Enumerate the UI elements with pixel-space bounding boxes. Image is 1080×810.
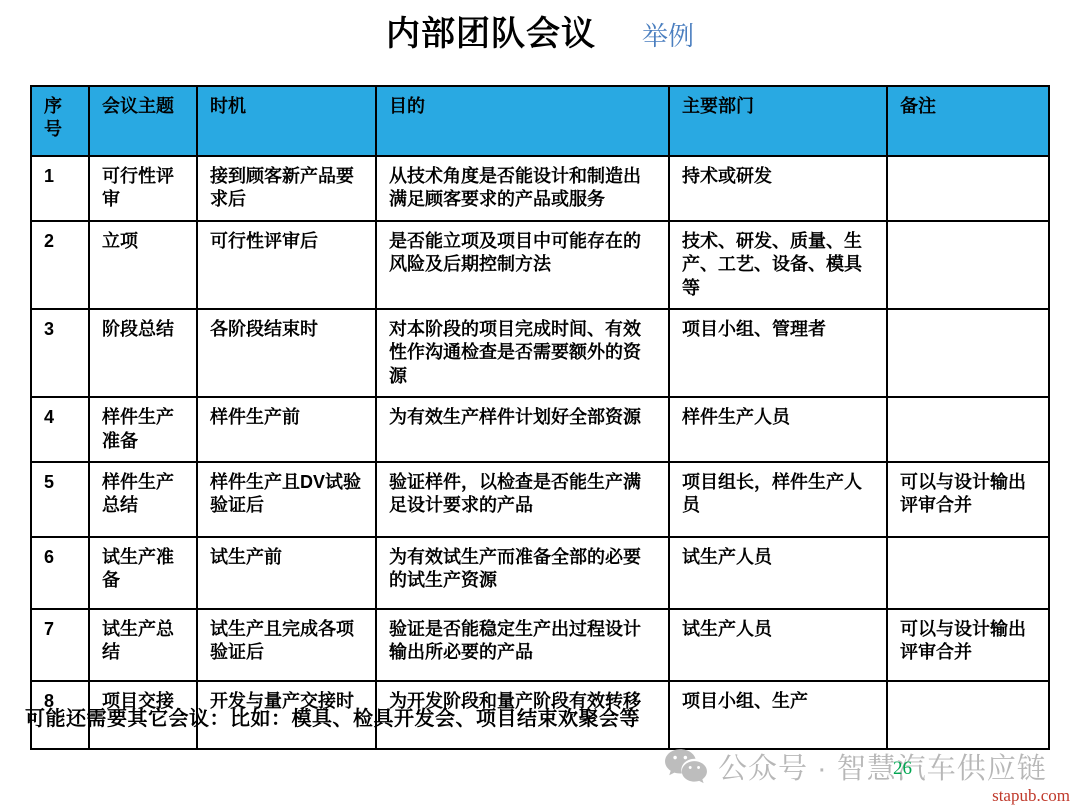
cell-topic: 样件生产总结 bbox=[89, 462, 197, 537]
meeting-table: 序号 会议主题 时机 目的 主要部门 备注 1 可行性评审 接到顾客新产品要求后… bbox=[30, 85, 1050, 750]
cell-remarks bbox=[887, 681, 1049, 749]
cell-topic: 试生产总结 bbox=[89, 609, 197, 681]
cell-remarks bbox=[887, 221, 1049, 309]
cell-no: 7 bbox=[31, 609, 89, 681]
cell-timing: 试生产且完成各项验证后 bbox=[197, 609, 376, 681]
header-cell-departments: 主要部门 bbox=[669, 86, 887, 156]
table-row: 4 样件生产准备 样件生产前 为有效生产样件计划好全部资源 样件生产人员 bbox=[31, 397, 1049, 462]
cell-timing: 样件生产前 bbox=[197, 397, 376, 462]
cell-topic: 试生产准备 bbox=[89, 537, 197, 609]
cell-departments: 项目小组、生产 bbox=[669, 681, 887, 749]
cell-timing: 试生产前 bbox=[197, 537, 376, 609]
wechat-icon bbox=[664, 747, 708, 787]
header-cell-remarks: 备注 bbox=[887, 86, 1049, 156]
cell-departments: 样件生产人员 bbox=[669, 397, 887, 462]
cell-timing: 样件生产且DV试验验证后 bbox=[197, 462, 376, 537]
cell-purpose: 验证是否能稳定生产出过程设计输出所必要的产品 bbox=[376, 609, 669, 681]
title-tag: 举例 bbox=[642, 16, 694, 53]
cell-timing: 接到顾客新产品要求后 bbox=[197, 156, 376, 221]
cell-remarks bbox=[887, 156, 1049, 221]
cell-remarks: 可以与设计输出评审合并 bbox=[887, 609, 1049, 681]
table-row: 3 阶段总结 各阶段结束时 对本阶段的项目完成时间、有效性作沟通检查是否需要额外… bbox=[31, 309, 1049, 397]
cell-departments: 试生产人员 bbox=[669, 609, 887, 681]
table-row: 5 样件生产总结 样件生产且DV试验验证后 验证样件，以检查是否能生产满足设计要… bbox=[31, 462, 1049, 537]
table-row: 7 试生产总结 试生产且完成各项验证后 验证是否能稳定生产出过程设计输出所必要的… bbox=[31, 609, 1049, 681]
header-cell-purpose: 目的 bbox=[376, 86, 669, 156]
cell-purpose: 是否能立项及项目中可能存在的风险及后期控制方法 bbox=[376, 221, 669, 309]
cell-no: 4 bbox=[31, 397, 89, 462]
header-cell-no: 序号 bbox=[31, 86, 89, 156]
table-row: 6 试生产准备 试生产前 为有效试生产而准备全部的必要的试生产资源 试生产人员 bbox=[31, 537, 1049, 609]
cell-departments: 持术或研发 bbox=[669, 156, 887, 221]
cell-remarks bbox=[887, 309, 1049, 397]
cell-no: 5 bbox=[31, 462, 89, 537]
cell-purpose: 为有效生产样件计划好全部资源 bbox=[376, 397, 669, 462]
header-cell-timing: 时机 bbox=[197, 86, 376, 156]
cell-departments: 试生产人员 bbox=[669, 537, 887, 609]
cell-departments: 项目组长，样件生产人员 bbox=[669, 462, 887, 537]
page-number: 26 bbox=[893, 758, 912, 780]
table-row: 1 可行性评审 接到顾客新产品要求后 从技术角度是否能设计和制造出满足顾客要求的… bbox=[31, 156, 1049, 221]
site-url: stapub.com bbox=[992, 786, 1070, 806]
cell-timing: 可行性评审后 bbox=[197, 221, 376, 309]
cell-purpose: 对本阶段的项目完成时间、有效性作沟通检查是否需要额外的资源 bbox=[376, 309, 669, 397]
watermark-text: 公众号 · 智慧汽车供应链 bbox=[718, 746, 1047, 787]
header-cell-topic: 会议主题 bbox=[89, 86, 197, 156]
watermark: 公众号 · 智慧汽车供应链 bbox=[664, 746, 1047, 787]
cell-no: 3 bbox=[31, 309, 89, 397]
cell-remarks: 可以与设计输出评审合并 bbox=[887, 462, 1049, 537]
cell-timing: 各阶段结束时 bbox=[197, 309, 376, 397]
cell-no: 2 bbox=[31, 221, 89, 309]
cell-departments: 项目小组、管理者 bbox=[669, 309, 887, 397]
cell-purpose: 为有效试生产而准备全部的必要的试生产资源 bbox=[376, 537, 669, 609]
table-row: 2 立项 可行性评审后 是否能立项及项目中可能存在的风险及后期控制方法 技术、研… bbox=[31, 221, 1049, 309]
slide: 内部团队会议 举例 序号 会议主题 时机 目的 主要部门 备注 1 可行性评审 … bbox=[0, 0, 1080, 810]
cell-departments: 技术、研发、质量、生产、工艺、设备、模具等 bbox=[669, 221, 887, 309]
cell-topic: 可行性评审 bbox=[89, 156, 197, 221]
cell-purpose: 从技术角度是否能设计和制造出满足顾客要求的产品或服务 bbox=[376, 156, 669, 221]
cell-remarks bbox=[887, 537, 1049, 609]
title-row: 内部团队会议 举例 bbox=[0, 6, 1080, 55]
cell-purpose: 验证样件，以检查是否能生产满足设计要求的产品 bbox=[376, 462, 669, 537]
page-title: 内部团队会议 bbox=[386, 6, 596, 55]
cell-topic: 样件生产准备 bbox=[89, 397, 197, 462]
cell-no: 6 bbox=[31, 537, 89, 609]
cell-no: 1 bbox=[31, 156, 89, 221]
table-header-row: 序号 会议主题 时机 目的 主要部门 备注 bbox=[31, 86, 1049, 156]
cell-remarks bbox=[887, 397, 1049, 462]
cell-topic: 立项 bbox=[89, 221, 197, 309]
footnote: 可能还需要其它会议：比如：模具、检具开发会、项目结束欢聚会等 bbox=[25, 702, 640, 731]
cell-topic: 阶段总结 bbox=[89, 309, 197, 397]
